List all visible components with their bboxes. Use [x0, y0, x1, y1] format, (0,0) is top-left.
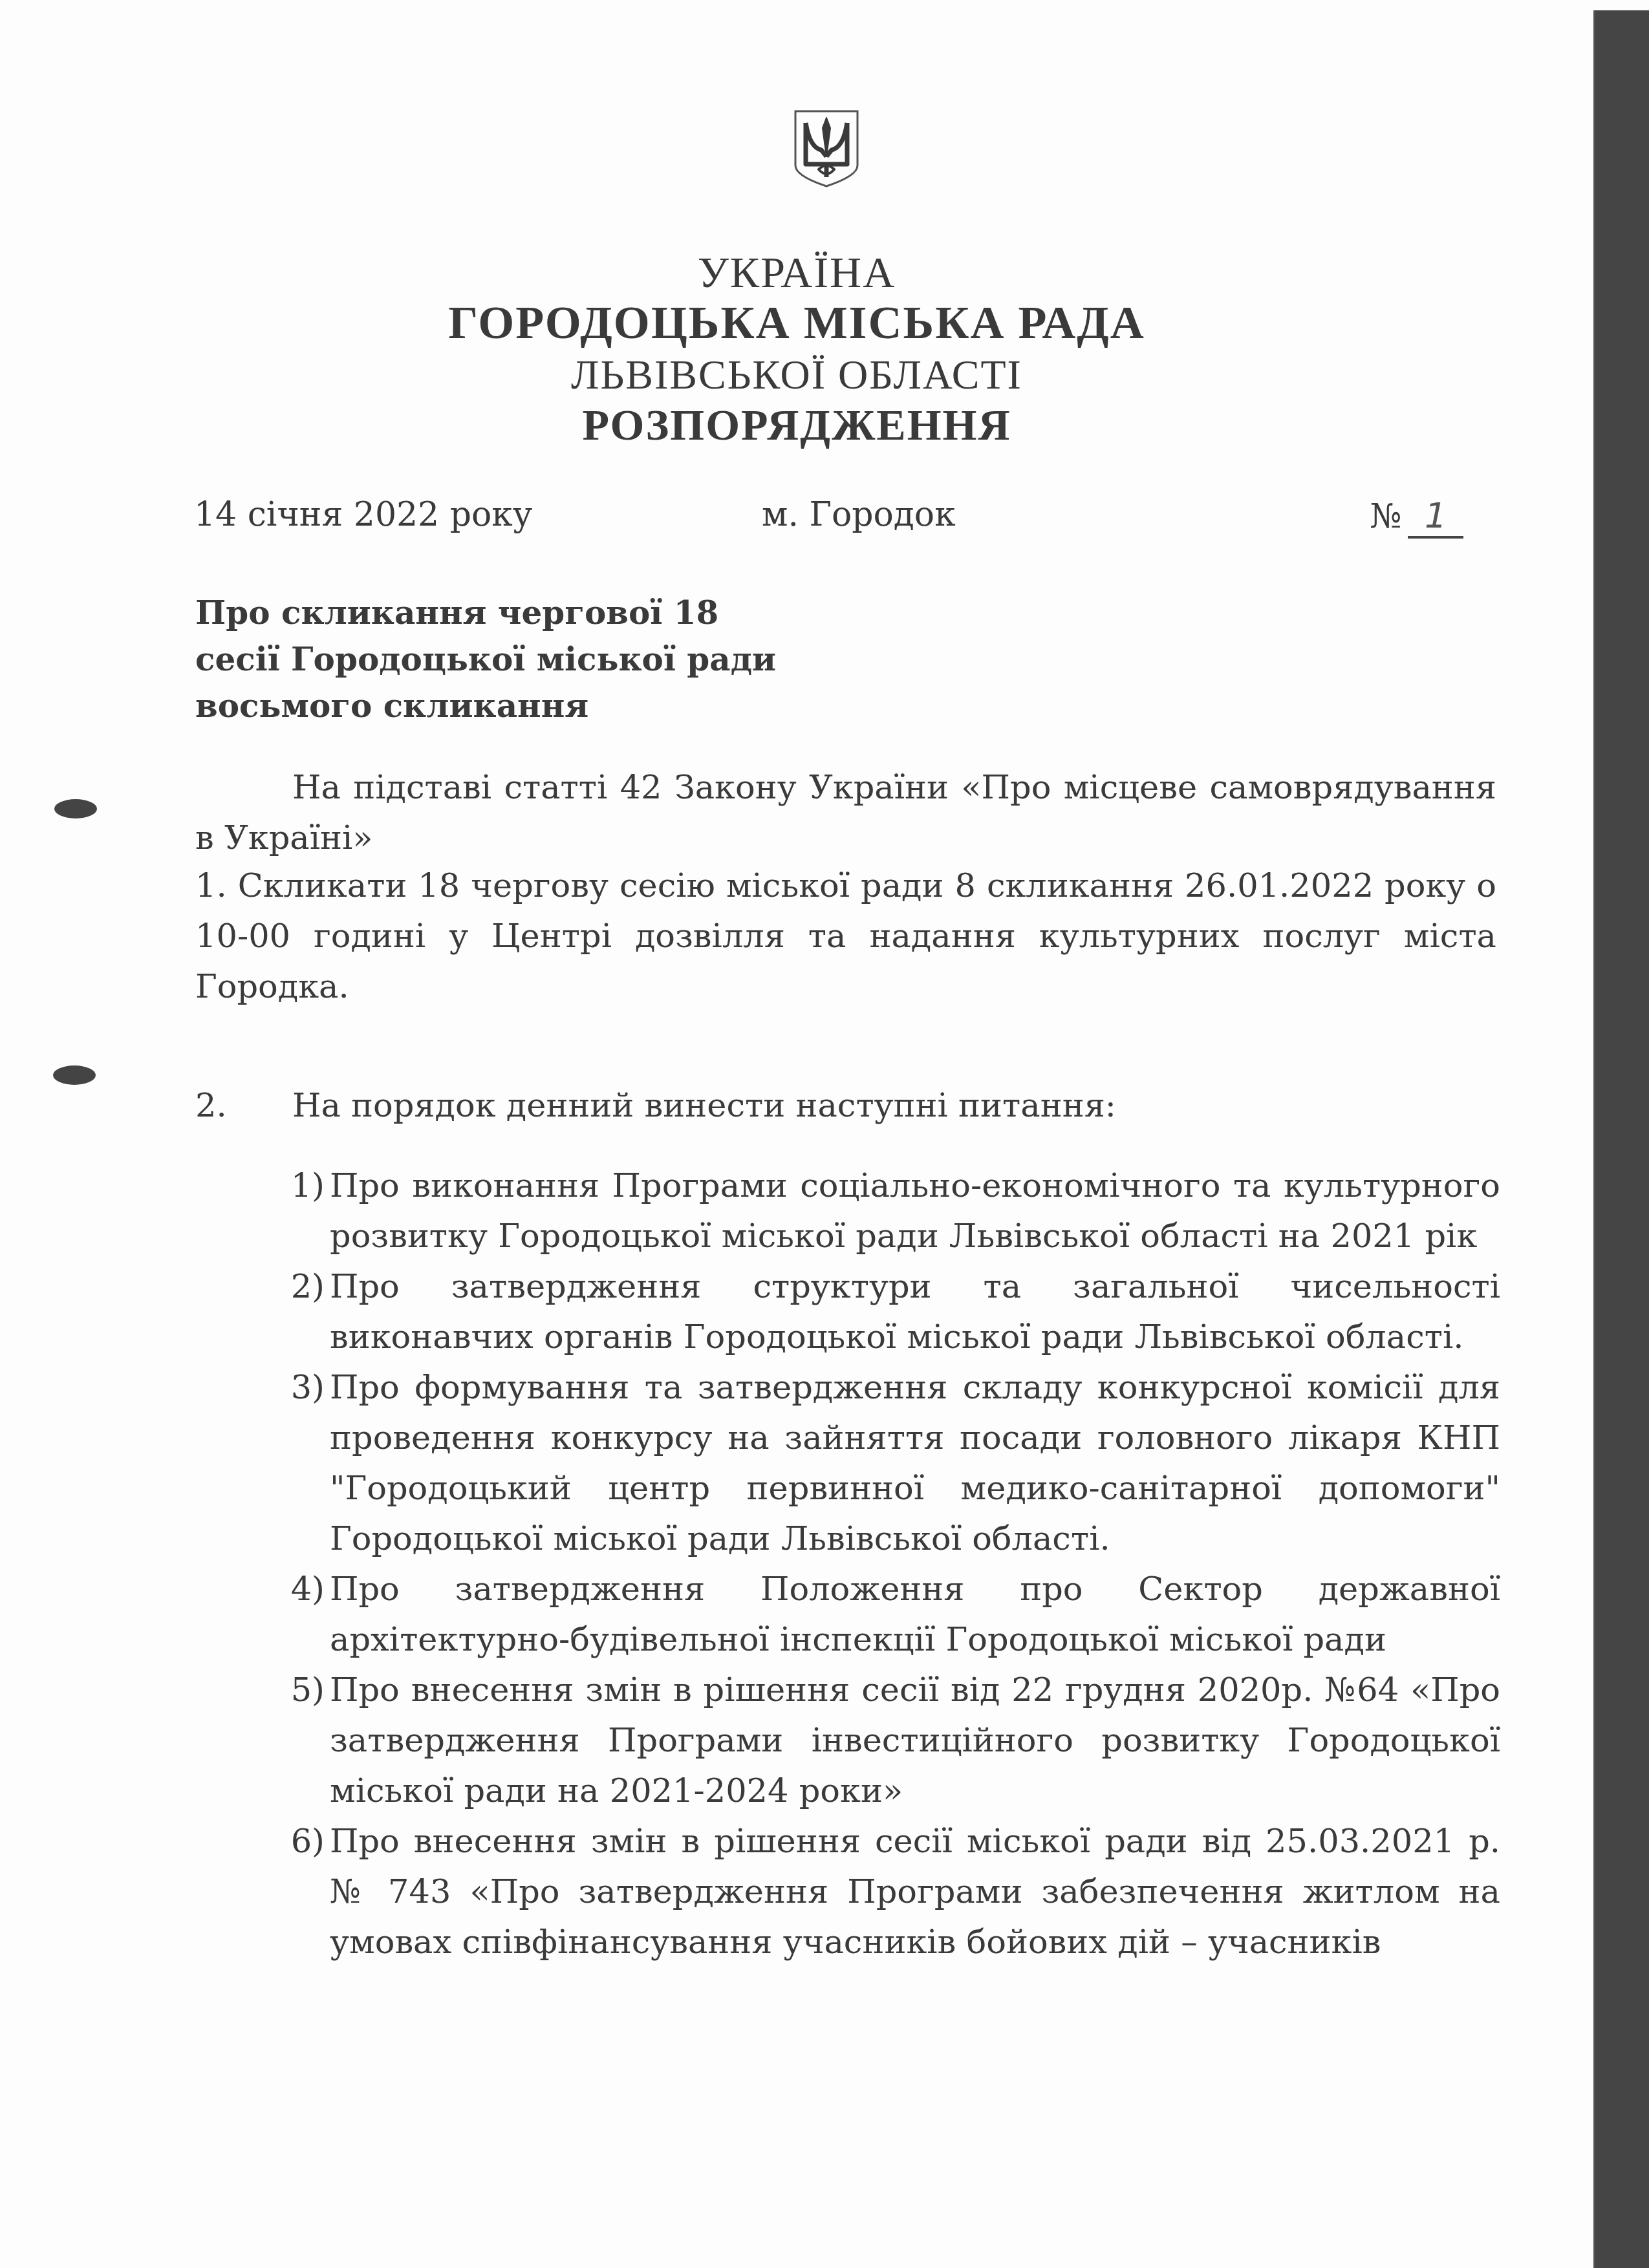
agenda-item-text: Про внесення змін в рішення сесії від 22…: [330, 1665, 1500, 1817]
document-subject: Про скликання чергової 18 сесії Городоць…: [195, 590, 777, 729]
agenda-item: 1)Про виконання Програми соціально-еконо…: [278, 1161, 1500, 1262]
agenda-item: 5)Про внесення змін в рішення сесії від …: [278, 1665, 1500, 1817]
document-type-title: РОЗПОРЯДЖЕННЯ: [0, 400, 1593, 451]
document-city: м. Городок: [762, 495, 956, 534]
agenda-item-number: 2): [278, 1262, 330, 1363]
order-item-2: 2.На порядок денний винести наступні пит…: [195, 1081, 1496, 1131]
number-value: 1: [1408, 495, 1463, 539]
preamble-paragraph: На підставі статті 42 Закону України «Пр…: [195, 763, 1496, 864]
agenda-item-text: Про затвердження структури та загальної …: [330, 1262, 1500, 1363]
agenda-item-number: 3): [278, 1363, 330, 1565]
punch-hole-top: [54, 799, 97, 818]
agenda-item-text: Про затвердження Положення про Сектор де…: [330, 1565, 1500, 1665]
agenda-item-text: Про внесення змін в рішення сесії місько…: [330, 1817, 1500, 1968]
agenda-item-number: 5): [278, 1665, 330, 1817]
agenda-item-number: 6): [278, 1817, 330, 1968]
trident-coat-of-arms-icon: [793, 109, 860, 189]
agenda-item-number: 4): [278, 1565, 330, 1665]
header-council-name: ГОРОДОЦЬКА МІСЬКА РАДА: [0, 296, 1593, 350]
agenda-item: 4)Про затвердження Положення про Сектор …: [278, 1565, 1500, 1665]
order-item-2-text: На порядок денний винести наступні питан…: [292, 1087, 1116, 1125]
document-number: №1: [1370, 495, 1463, 539]
scan-edge-shadow: [1593, 10, 1649, 2268]
agenda-item-text: Про виконання Програми соціально-економі…: [330, 1161, 1500, 1262]
agenda-item-text: Про формування та затвердження складу ко…: [330, 1363, 1500, 1565]
number-label: №: [1370, 497, 1401, 536]
agenda-item-number: 1): [278, 1161, 330, 1262]
agenda-item: 2)Про затвердження структури та загально…: [278, 1262, 1500, 1363]
subject-line-3: восьмого скликання: [195, 683, 777, 729]
header-region: ЛЬВІВСЬКОЇ ОБЛАСТІ: [0, 351, 1593, 399]
agenda-item: 6)Про внесення змін в рішення сесії місь…: [278, 1817, 1500, 1968]
order-item-2-number: 2.: [195, 1081, 292, 1131]
subject-line-2: сесії Городоцької міської ради: [195, 636, 777, 683]
agenda-list: 1)Про виконання Програми соціально-еконо…: [278, 1161, 1500, 1968]
subject-line-1: Про скликання чергової 18: [195, 590, 777, 636]
agenda-item: 3)Про формування та затвердження складу …: [278, 1363, 1500, 1565]
order-item-1: 1. Скликати 18 чергову сесію міської рад…: [195, 861, 1496, 1012]
document-date: 14 січня 2022 року: [194, 495, 532, 534]
punch-hole-bottom: [53, 1065, 96, 1085]
header-country: УКРАЇНА: [0, 247, 1593, 298]
